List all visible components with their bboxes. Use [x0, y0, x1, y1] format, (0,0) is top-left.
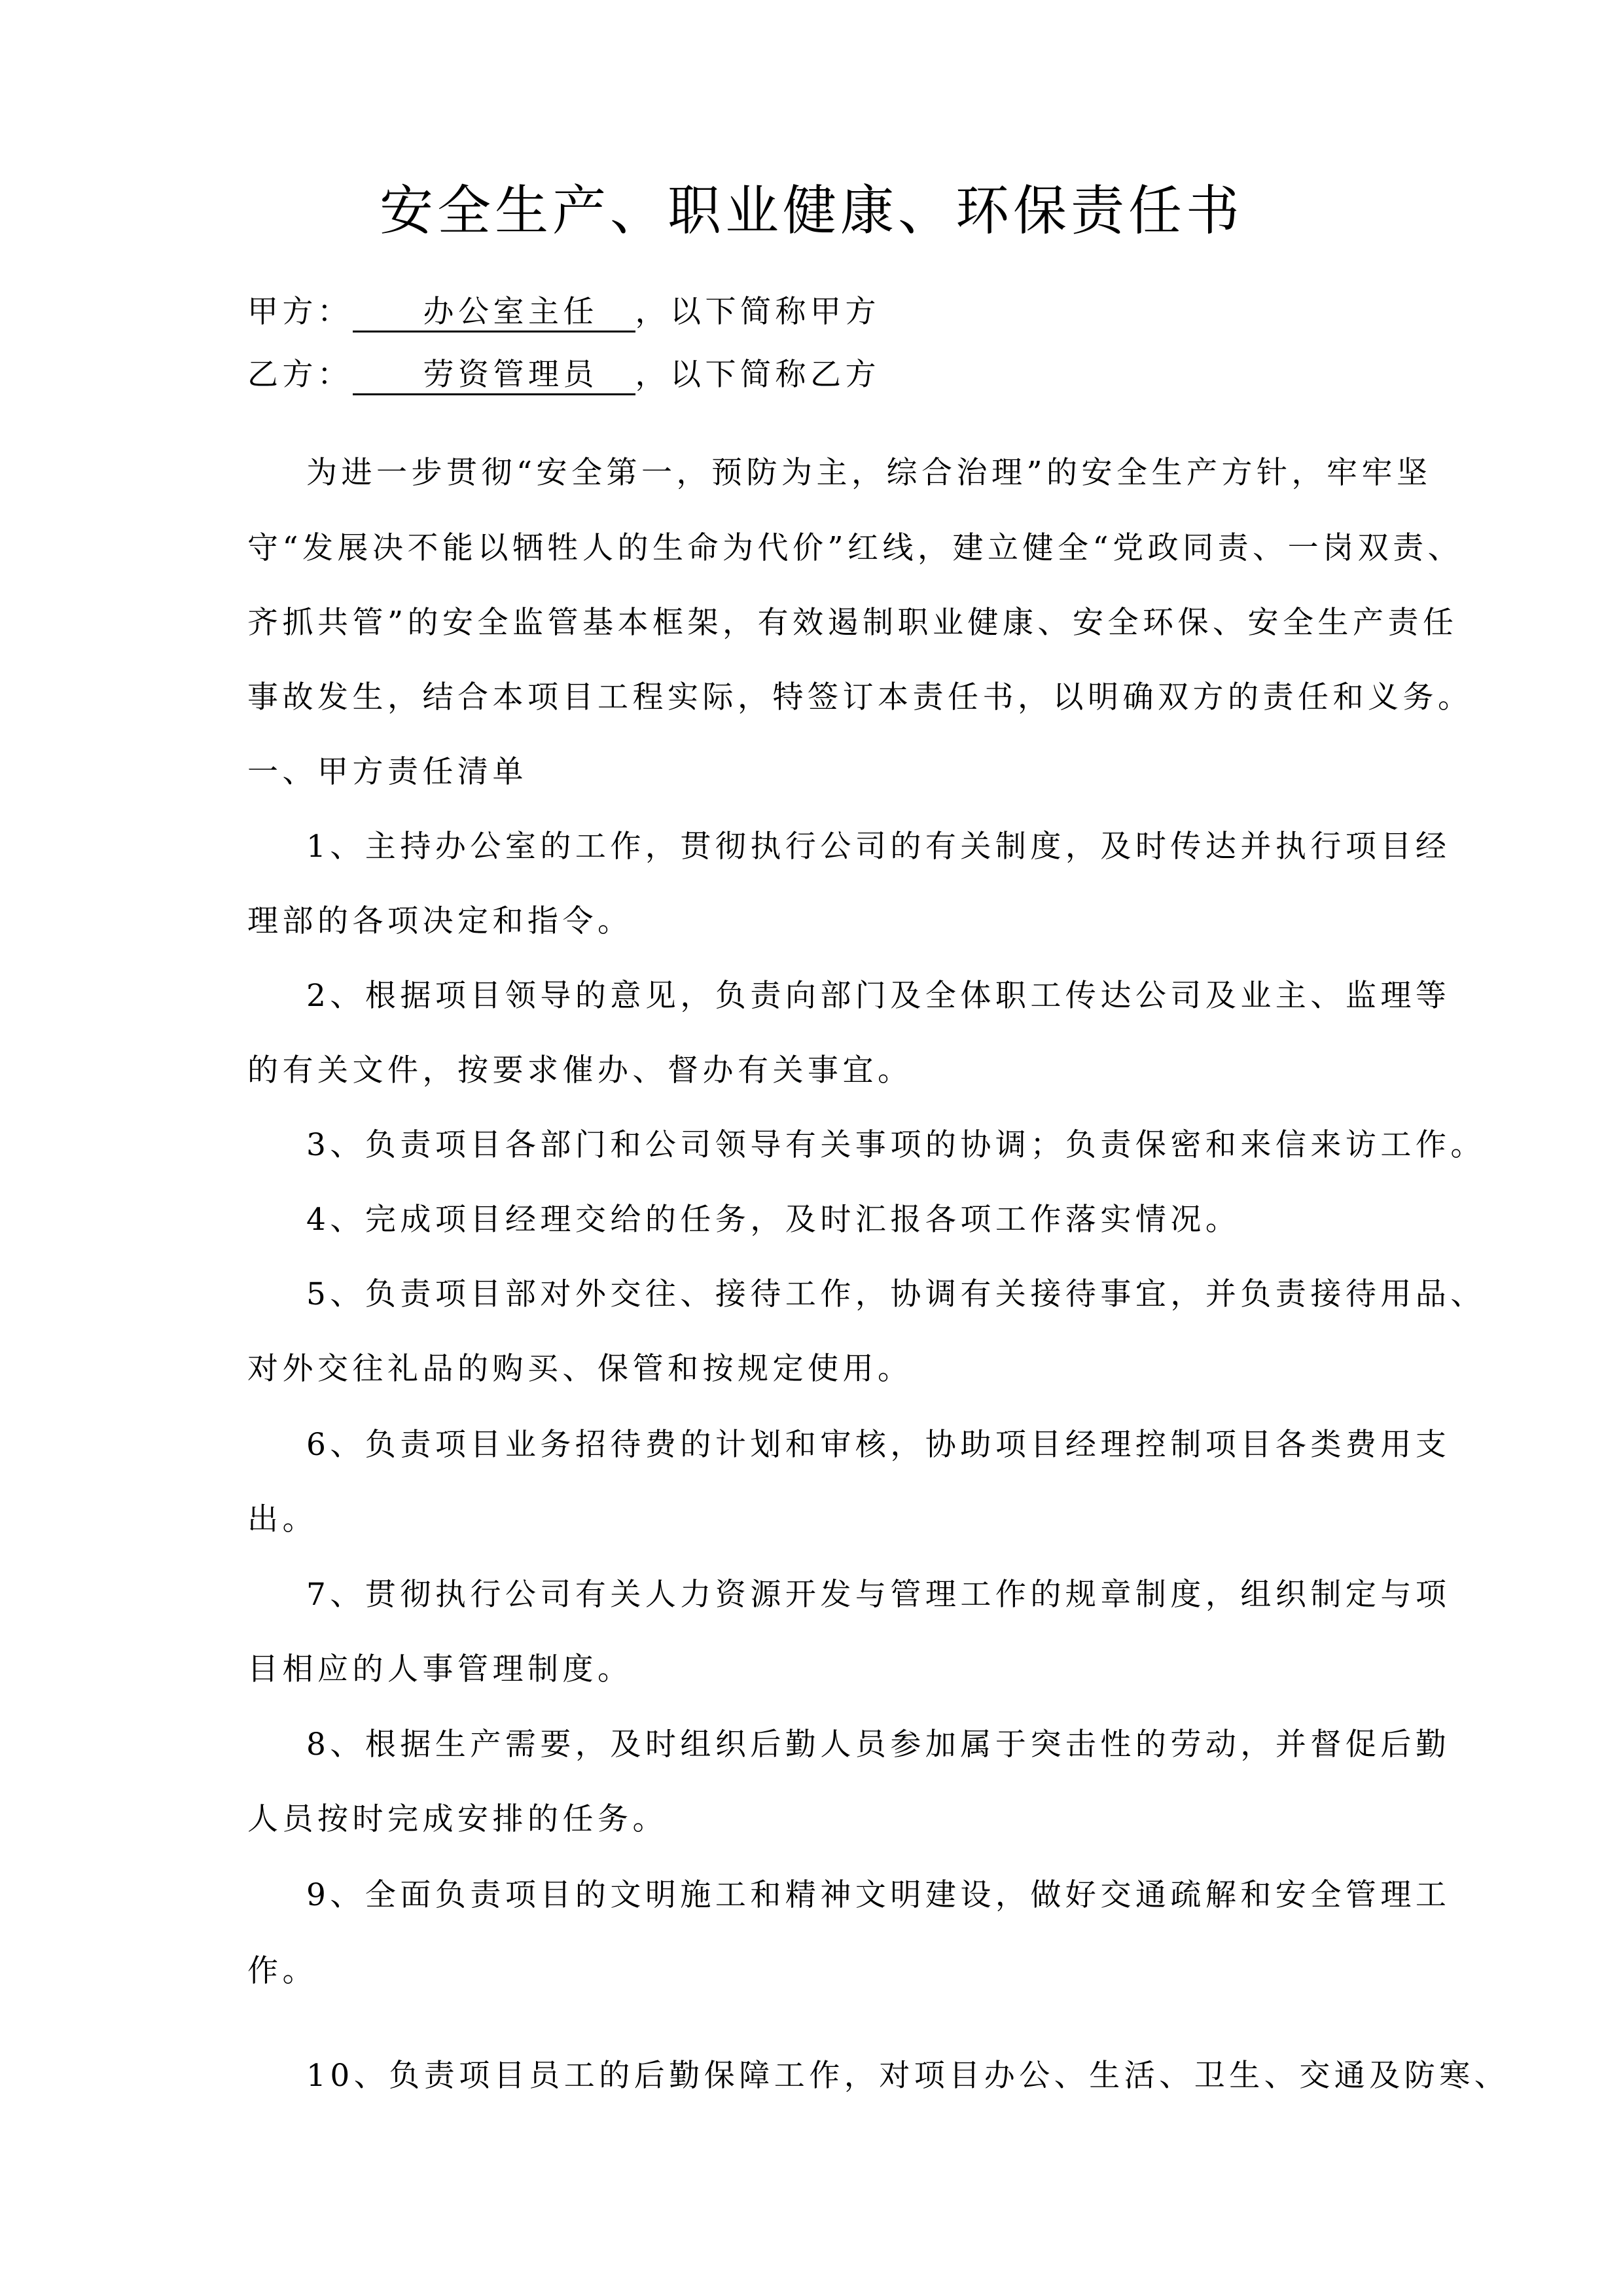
list-item-line: 10、负责项目员工的后勤保障工作，对项目办公、生活、卫生、交通及防寒、: [306, 2056, 1509, 2096]
list-item-line: 的有关文件，按要求催办、督办有关事宜。: [247, 1051, 913, 1090]
list-item-line: 理部的各项决定和指令。: [247, 902, 633, 941]
list-item-line: 作。: [247, 1952, 317, 1991]
party-b-line: 乙方：劳资管理员，以下简称乙方: [247, 355, 880, 395]
list-item-line: 6、负责项目业务招待费的计划和审核，协助项目经理控制项目各类费用支: [306, 1426, 1450, 1465]
list-item-line: 目相应的人事管理制度。: [247, 1650, 633, 1689]
party-a-label: 甲方：: [247, 294, 353, 330]
intro-line: 守“发展决不能以牺牲人的生命为代价”红线，建立健全“党政同责、一岗双责、: [247, 529, 1463, 568]
party-b-suffix: ，以下简称乙方: [635, 357, 881, 393]
list-item-line: 2、根据项目领导的意见，负责向部门及全体职工传达公司及业主、监理等: [306, 977, 1450, 1016]
list-item-line: 1、主持办公室的工作，贯彻执行公司的有关制度，及时传达并执行项目经: [306, 827, 1450, 867]
list-item-line: 5、负责项目部对外交往、接待工作，协调有关接待事宜，并负责接待用品、: [306, 1275, 1486, 1314]
intro-line: 齐抓共管”的安全监管基本框架，有效遏制职业健康、安全环保、安全生产责任: [247, 603, 1458, 643]
list-item-line: 7、贯彻执行公司有关人力资源开发与管理工作的规章制度，组织制定与项: [306, 1575, 1450, 1615]
section-heading: 一、甲方责任清单: [247, 753, 527, 792]
list-item-line: 对外交往礼品的购买、保管和按规定使用。: [247, 1350, 913, 1389]
intro-line: 为进一步贯彻“安全第一，预防为主，综合治理”的安全生产方针，牢牢坚: [306, 454, 1432, 493]
party-a-field: 办公室主任: [353, 294, 635, 332]
document-title: 安全生产、职业健康、环保责任书: [0, 175, 1623, 247]
list-item-line: 9、全面负责项目的文明施工和精神文明建设，做好交通疏解和安全管理工: [306, 1876, 1450, 1915]
party-b-label: 乙方：: [247, 357, 353, 393]
document-page: 安全生产、职业健康、环保责任书 甲方：办公室主任，以下简称甲方 乙方：劳资管理员…: [0, 0, 1623, 2296]
party-a-line: 甲方：办公室主任，以下简称甲方: [247, 293, 880, 332]
intro-line: 事故发生，结合本项目工程实际，特签订本责任书，以明确双方的责任和义务。: [247, 678, 1473, 717]
party-a-suffix: ，以下简称甲方: [635, 294, 881, 330]
party-b-field: 劳资管理员: [353, 357, 635, 395]
list-item-line: 4、完成项目经理交给的任务，及时汇报各项工作落实情况。: [306, 1200, 1240, 1240]
list-item-line: 8、根据生产需要，及时组织后勤人员参加属于突击性的劳动，并督促后勤: [306, 1725, 1450, 1765]
list-item-line: 人员按时完成安排的任务。: [247, 1800, 668, 1839]
list-item-line: 3、负责项目各部门和公司领导有关事项的协调；负责保密和来信来访工作。: [306, 1126, 1486, 1165]
list-item-line: 出。: [247, 1500, 317, 1539]
